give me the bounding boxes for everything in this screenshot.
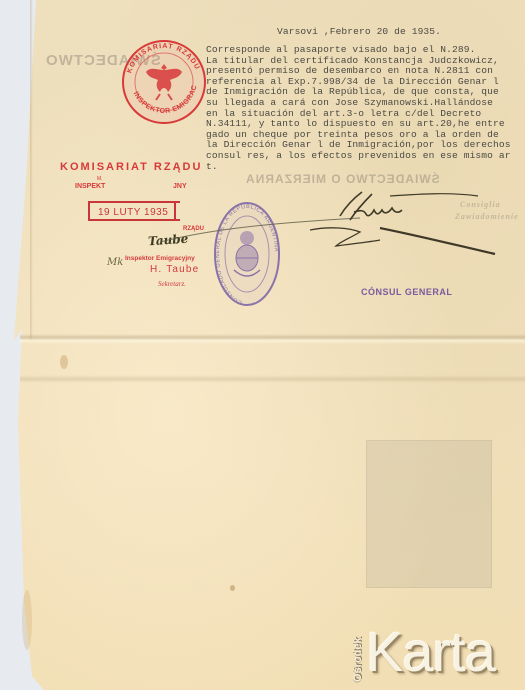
document-body-line: consul res, a los efectos prevenidos en … bbox=[206, 151, 511, 162]
inspector-stamp-title: Inspektor Emigracyjny bbox=[125, 255, 195, 262]
stain bbox=[22, 590, 32, 650]
consul-general-stamp: CÓNSUL GENERAL bbox=[361, 287, 452, 297]
inspector-stamp-name: H. Taube bbox=[150, 264, 199, 275]
watermark-karta: Karta bbox=[366, 620, 495, 684]
stain bbox=[60, 355, 68, 369]
red-round-seal: KOMISARIAT RZĄDU INSPEKTOR EMIGRACYJNY bbox=[120, 38, 208, 126]
bleed-through-text: ŚWIADECTWO O MIERZARNA bbox=[245, 172, 440, 186]
stain bbox=[230, 585, 235, 591]
consul-signature bbox=[310, 188, 510, 268]
komisariat-stamp-inspektor-end: JNY bbox=[173, 183, 187, 190]
photo-shadow bbox=[366, 440, 492, 588]
komisariat-stamp-inspektor: INSPEKT bbox=[75, 183, 105, 190]
komisariat-stamp-sub: M. bbox=[97, 176, 103, 182]
horizontal-fold-secondary bbox=[20, 375, 525, 383]
dateline: Varsovi ,Febrero 20 de 1935. bbox=[277, 27, 441, 38]
document-body-line: Corresponde al pasaporte visado bajo el … bbox=[206, 45, 511, 56]
document-body-line: t. bbox=[206, 162, 511, 173]
inspector-stamp-role: Sekretarz. bbox=[158, 280, 186, 288]
initials: Mk bbox=[107, 257, 123, 268]
document-body-line: su llegada a cará con Jose Szymanowski.H… bbox=[206, 98, 511, 109]
watermark-osrodek: Ośrodek bbox=[352, 637, 364, 682]
horizontal-fold bbox=[20, 334, 525, 344]
komisariat-stamp-title: KOMISARIAT RZĄDU bbox=[60, 161, 202, 173]
left-crease bbox=[30, 0, 33, 340]
document-body: Corresponde al pasaporte visado bajo el … bbox=[206, 45, 511, 172]
